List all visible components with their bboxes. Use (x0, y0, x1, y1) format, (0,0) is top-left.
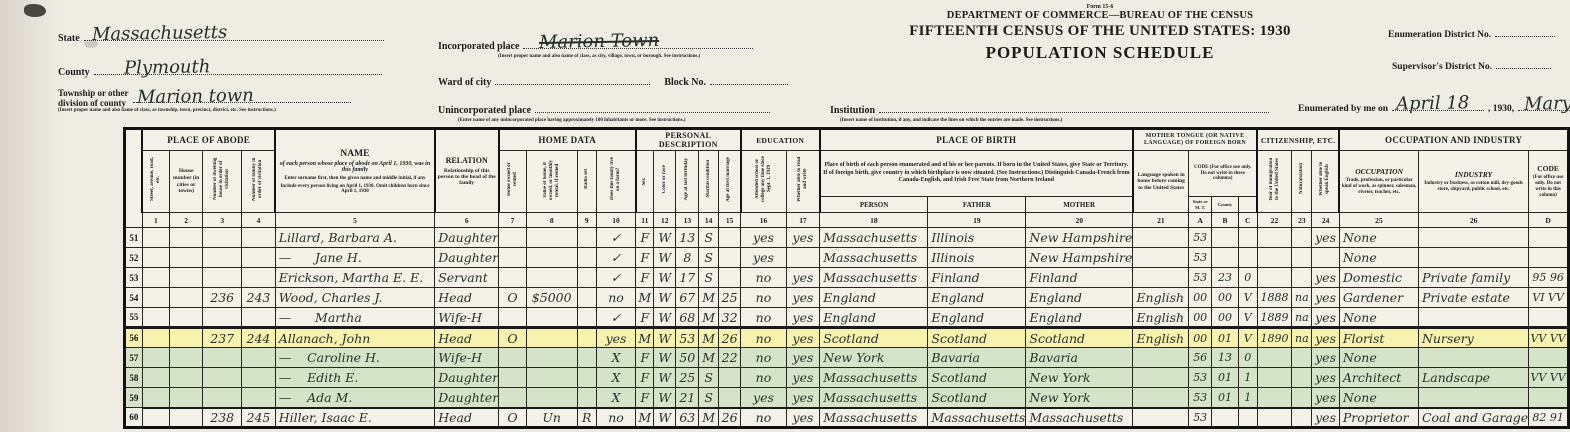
cell-street (142, 328, 170, 348)
table-row: 56237244Allanach, JohnHeadOyesMW53M26noy… (125, 328, 1569, 348)
cell-marital: S (699, 388, 719, 408)
cell-owned: O (499, 408, 527, 428)
cell-code_c (1238, 408, 1257, 428)
cell-father: Illinois (928, 228, 1026, 248)
cell-naturalization (1292, 228, 1312, 248)
cell-code_b: 01 (1212, 368, 1239, 388)
cell-name: — Ada M. (275, 388, 435, 408)
cell-radio (577, 348, 596, 368)
schedule-title: POPULATION SCHEDULE (905, 43, 1295, 63)
table-row: 53Erickson, Martha E. E.Servant✓FW17Snoy… (125, 268, 1569, 288)
cell-dwelling_number (203, 368, 242, 388)
cell-code_a: 53 (1189, 248, 1212, 268)
cell-age_married (718, 368, 740, 388)
cell-code_b: 23 (1212, 268, 1239, 288)
cell-code_c: V (1238, 308, 1257, 328)
cell-radio (577, 388, 596, 408)
cell-language (1133, 248, 1189, 268)
cell-naturalization: na (1292, 328, 1312, 348)
cell-mother: Scotland (1026, 328, 1133, 348)
cell-birthplace: Massachusetts (820, 408, 928, 428)
cell-family_number: 244 (242, 328, 276, 348)
county-value: Plymouth (124, 56, 211, 79)
cell-year_immigration (1257, 348, 1292, 368)
cell-year_immigration (1257, 268, 1292, 288)
name-sub3: Include every person living on April 1, … (277, 184, 433, 194)
cell-language (1133, 408, 1189, 428)
cell-language (1133, 368, 1189, 388)
township-label-2: division of county (58, 98, 129, 108)
table-row: 52— Jane H.Daughter✓FW8SyesMassachusetts… (125, 248, 1569, 268)
cell-mother: England (1026, 288, 1133, 308)
cell-value (526, 248, 577, 268)
cell-code_b (1212, 408, 1239, 428)
cell-birthplace: New York (820, 348, 928, 368)
cell-radio (577, 248, 596, 268)
cell-school: no (741, 268, 787, 288)
state-label: State (58, 33, 80, 44)
cell-father: England (928, 308, 1026, 328)
cell-age: 17 (676, 268, 699, 288)
col-header-language: Language spoken in home before coming to… (1133, 151, 1189, 213)
cell-read_write: yes (786, 228, 820, 248)
cell-school: yes (741, 248, 787, 268)
cell-farm: ✓ (596, 228, 636, 248)
cell-relation: Daughter (435, 388, 499, 408)
cell-marital: S (699, 228, 719, 248)
cell-birthplace: Massachusetts (820, 248, 928, 268)
col-header-immigration-year: Year of immigration to the United States (1269, 156, 1281, 202)
cell-marital: M (699, 328, 719, 348)
table-row: 60238245Hiller, Isaac E.HeadOUnRnoMW63M2… (125, 408, 1569, 428)
cell-read_write: yes (786, 408, 820, 428)
cell-marital: M (699, 408, 719, 428)
col-header-dwelling-number: Number of dwelling house in order of vis… (213, 156, 231, 202)
cell-house_number (170, 388, 203, 408)
group-personal-description: PERSONAL DESCRIPTION (636, 129, 741, 151)
cell-radio (577, 368, 596, 388)
cell-naturalization (1292, 388, 1312, 408)
cell-mother: Finland (1026, 268, 1133, 288)
unincorporated-label: Unincorporated place (438, 105, 531, 116)
cell-read_write: yes (786, 368, 820, 388)
cell-name: — Caroline H. (275, 348, 435, 368)
state-value: Massachusetts (91, 22, 227, 45)
cell-marital: M (699, 308, 719, 328)
cell-code_a: 53 (1189, 388, 1212, 408)
cell-mother: New York (1026, 368, 1133, 388)
table-row: 51Lillard, Barbara A.Daughter✓FW13Syesye… (125, 228, 1569, 248)
block-label: Block No. (664, 77, 706, 88)
cell-relation: Daughter (435, 248, 499, 268)
cell-read_write: yes (786, 288, 820, 308)
cell-race: W (654, 368, 676, 388)
cell-father: Illinois (928, 248, 1026, 268)
cell-value (526, 368, 577, 388)
cell-naturalization (1292, 248, 1312, 268)
cell-code_d (1529, 228, 1569, 248)
cell-code_a: 53 (1189, 268, 1212, 288)
col-header-family-number: Number of family in order of visitation (252, 156, 264, 202)
cell-line: 52 (125, 248, 143, 268)
cell-marital: S (699, 368, 719, 388)
cell-value (526, 308, 577, 328)
cell-code_b: 00 (1212, 308, 1239, 328)
cell-language (1133, 388, 1189, 408)
name-sub2: Enter surname first, then the given name… (277, 176, 433, 181)
cell-farm: X (596, 388, 636, 408)
code-columns-note: CODE (For office use only. Do not write … (1189, 151, 1257, 197)
cell-school: yes (741, 228, 787, 248)
cell-relation: Head (435, 288, 499, 308)
cell-sex: F (636, 228, 654, 248)
cell-read_write: yes (786, 348, 820, 368)
cell-farm: X (596, 368, 636, 388)
cell-family_number (242, 268, 276, 288)
cell-occupation: None (1339, 308, 1418, 328)
cell-code_c (1238, 228, 1257, 248)
cell-house_number (170, 368, 203, 388)
cell-code_a: 00 (1189, 288, 1212, 308)
cell-house_number (170, 268, 203, 288)
incorporated-note: (Insert proper name and also name of cla… (498, 54, 828, 60)
cell-age_married: 22 (718, 348, 740, 368)
cell-year_immigration: 1888 (1257, 288, 1292, 308)
cell-language: English (1133, 328, 1189, 348)
cell-code_d (1529, 348, 1569, 368)
cell-english: yes (1312, 328, 1340, 348)
cell-line: 58 (125, 368, 143, 388)
cell-name: Hiller, Isaac E. (275, 408, 435, 428)
cell-family_number: 243 (242, 288, 276, 308)
cell-occupation: None (1339, 228, 1418, 248)
cell-owned (499, 268, 527, 288)
institution-note: (Insert name of institution, if any, and… (840, 118, 1290, 124)
cell-year_immigration (1257, 228, 1292, 248)
group-citizenship: CITIZENSHIP, ETC. (1257, 129, 1339, 151)
cell-owned: O (499, 288, 527, 308)
cell-language (1133, 268, 1189, 288)
cell-family_number (242, 348, 276, 368)
col-header-farm: Does this family live on a farm? (610, 156, 622, 202)
cell-family_number (242, 368, 276, 388)
cell-industry: Landscape (1418, 368, 1528, 388)
cell-language (1133, 348, 1189, 368)
cell-english: yes (1312, 288, 1340, 308)
cell-race: W (654, 268, 676, 288)
unincorporated-note: (Enter name of any unincorporated place … (458, 118, 788, 124)
cell-code_d: 95 96 (1529, 268, 1569, 288)
cell-occupation: Architect (1339, 368, 1418, 388)
cell-english: yes (1312, 348, 1340, 368)
cell-school: yes (741, 388, 787, 408)
cell-owned (499, 388, 527, 408)
cell-code_c: V (1238, 288, 1257, 308)
supervisors-district-label: Supervisor's District No. (1392, 62, 1492, 72)
cell-language: English (1133, 288, 1189, 308)
cell-line: 55 (125, 308, 143, 328)
cell-radio (577, 268, 596, 288)
cell-race: W (654, 348, 676, 368)
institution-label: Institution (830, 105, 875, 116)
cell-english: yes (1312, 228, 1340, 248)
cell-dwelling_number: 237 (203, 328, 242, 348)
cell-code_a: 53 (1189, 368, 1212, 388)
cell-family_number: 245 (242, 408, 276, 428)
cell-mother: Massachusetts (1026, 408, 1133, 428)
cell-farm: no (596, 288, 636, 308)
cell-code_b (1212, 228, 1239, 248)
cell-father: Bavaria (928, 348, 1026, 368)
col-header-home-value: Value of home, if owned, or monthly rent… (543, 158, 561, 202)
cell-english: yes (1312, 408, 1340, 428)
cell-sex: M (636, 408, 654, 428)
cell-occupation: Domestic (1339, 268, 1418, 288)
col-header-code-a: State or M. T. (1189, 197, 1212, 213)
cell-dwelling_number (203, 388, 242, 408)
cell-dwelling_number (203, 248, 242, 268)
cell-occupation: Gardener (1339, 288, 1418, 308)
cell-code_c: 0 (1238, 268, 1257, 288)
group-home-data: HOME DATA (499, 129, 636, 151)
cell-marital: S (699, 268, 719, 288)
cell-owned (499, 308, 527, 328)
col-header-code-c (1238, 197, 1257, 213)
col-header-home-owned: Home owned or rented (507, 156, 519, 202)
col-header-code-b: County (1212, 197, 1239, 213)
cell-value (526, 348, 577, 368)
cell-code_a: 53 (1189, 228, 1212, 248)
cell-family_number (242, 228, 276, 248)
cell-age_married (718, 228, 740, 248)
cell-age: 63 (676, 408, 699, 428)
cell-age: 21 (676, 388, 699, 408)
cell-code_c (1238, 248, 1257, 268)
cell-mother: New Hampshire (1026, 228, 1133, 248)
cell-line: 53 (125, 268, 143, 288)
cell-family_number (242, 248, 276, 268)
cell-read_write: yes (786, 308, 820, 328)
cell-marital: M (699, 348, 719, 368)
enumeration-district-label: Enumeration District No. (1388, 30, 1491, 40)
cell-industry (1418, 308, 1528, 328)
cell-mother: New York (1026, 388, 1133, 408)
cell-name: — Martha (275, 308, 435, 328)
cell-year_immigration: 1890 (1257, 328, 1292, 348)
cell-father: Scotland (928, 368, 1026, 388)
column-relation-header: RELATION Relationship of this person to … (435, 129, 499, 213)
cell-value (526, 388, 577, 408)
cell-house_number (170, 228, 203, 248)
enumerator-name: Mary A. H (1524, 92, 1570, 115)
col-header-radio-set: Radio set (584, 169, 590, 189)
cell-house_number (170, 408, 203, 428)
cell-sex: F (636, 268, 654, 288)
line-number-column-header (125, 129, 143, 228)
group-place-of-abode: PLACE OF ABODE (142, 129, 275, 151)
cell-mother: England (1026, 308, 1133, 328)
cell-read_write: yes (786, 328, 820, 348)
cell-occupation: Proprietor (1339, 408, 1418, 428)
cell-radio (577, 228, 596, 248)
col-header-naturalization: Naturalization (1299, 163, 1305, 194)
col-header-marital: Marital condition (706, 160, 712, 198)
cell-code_c: 1 (1238, 368, 1257, 388)
cell-industry: Coal and Garage (1418, 408, 1528, 428)
table-row: 54236243Wood, Charles J.HeadO$5000noMW67… (125, 288, 1569, 308)
cell-value: Un (526, 408, 577, 428)
cell-english: yes (1312, 368, 1340, 388)
relation-sub: Relationship of this person to the head … (437, 168, 497, 186)
cell-owned (499, 228, 527, 248)
cell-name: Lillard, Barbara A. (275, 228, 435, 248)
cell-farm: ✓ (596, 308, 636, 328)
cell-sex: M (636, 328, 654, 348)
cell-owned (499, 368, 527, 388)
cell-age: 68 (676, 308, 699, 328)
cell-industry (1418, 248, 1528, 268)
cell-father: Scotland (928, 388, 1026, 408)
form-title-block: Form 15-6 DEPARTMENT OF COMMERCE—BUREAU … (905, 4, 1295, 63)
cell-house_number (170, 248, 203, 268)
col-header-person: PERSON (820, 197, 928, 213)
cell-birthplace: Massachusetts (820, 388, 928, 408)
col-header-occupation: OCCUPATION Trade, profession, or particu… (1339, 151, 1418, 213)
cell-race: W (654, 248, 676, 268)
cell-code_a: 56 (1189, 348, 1212, 368)
cell-code_b: 01 (1212, 328, 1239, 348)
cell-dwelling_number: 236 (203, 288, 242, 308)
cell-code_a: 53 (1189, 408, 1212, 428)
cell-naturalization (1292, 368, 1312, 388)
cell-street (142, 388, 170, 408)
cell-father: Massachusetts (928, 408, 1026, 428)
cell-relation: Head (435, 408, 499, 428)
column-name-header: NAME of each person whose place of abode… (275, 129, 435, 213)
cell-occupation: None (1339, 388, 1418, 408)
cell-house_number (170, 328, 203, 348)
col-header-read-write: Whether able to read and write (797, 156, 809, 202)
cell-school: no (741, 308, 787, 328)
county-label: County (58, 67, 90, 78)
cell-school: no (741, 348, 787, 368)
cell-relation: Wife-H (435, 348, 499, 368)
cell-relation: Daughter (435, 228, 499, 248)
township-note: (Insert proper name and also name of cla… (58, 108, 418, 114)
census-table-body: 51Lillard, Barbara A.Daughter✓FW13Syesye… (125, 228, 1569, 428)
cell-father: Finland (928, 268, 1026, 288)
cell-age_married: 32 (718, 308, 740, 328)
enumerated-year: , 1930, (1488, 104, 1514, 114)
cell-industry: Nursery (1418, 328, 1528, 348)
col-header-sex: Sex (642, 178, 648, 186)
cell-english (1312, 248, 1340, 268)
cell-birthplace: Massachusetts (820, 228, 928, 248)
cell-industry (1418, 228, 1528, 248)
cell-street (142, 348, 170, 368)
cell-name: Wood, Charles J. (275, 288, 435, 308)
cell-line: 59 (125, 388, 143, 408)
group-education: EDUCATION (741, 129, 820, 151)
col-header-age-married: Age at first marriage (726, 157, 732, 202)
cell-school: no (741, 288, 787, 308)
cell-year_immigration (1257, 368, 1292, 388)
cell-owned (499, 348, 527, 368)
cell-house_number (170, 288, 203, 308)
cell-dwelling_number (203, 348, 242, 368)
cell-industry (1418, 348, 1528, 368)
cell-sex: F (636, 348, 654, 368)
cell-english: yes (1312, 308, 1340, 328)
cell-birthplace: Scotland (820, 328, 928, 348)
cell-farm: no (596, 408, 636, 428)
group-place-of-birth: PLACE OF BIRTH (820, 129, 1133, 151)
cell-line: 57 (125, 348, 143, 368)
cell-code_c: V (1238, 328, 1257, 348)
cell-occupation: Florist (1339, 328, 1418, 348)
township-label-1: Township or other (58, 88, 129, 98)
column-number-row: 123456789101112131415161718192021ABC2223… (125, 213, 1569, 228)
cell-naturalization (1292, 268, 1312, 288)
cell-code_d: VI VV (1529, 288, 1569, 308)
census-table-header: PLACE OF ABODE NAME of each person whose… (125, 129, 1569, 228)
cell-naturalization: na (1292, 288, 1312, 308)
cell-code_d (1529, 308, 1569, 328)
cell-code_a: 00 (1189, 328, 1212, 348)
table-row: 59— Ada M.DaughterXFW21SyesyesMassachuse… (125, 388, 1569, 408)
cell-code_b (1212, 248, 1239, 268)
cell-industry: Private family (1418, 268, 1528, 288)
cell-father: Scotland (928, 328, 1026, 348)
cell-race: W (654, 308, 676, 328)
cell-value (526, 268, 577, 288)
cell-farm: ✓ (596, 248, 636, 268)
cell-code_d (1529, 248, 1569, 268)
cell-year_immigration (1257, 408, 1292, 428)
cell-house_number (170, 348, 203, 368)
cell-line: 56 (125, 328, 143, 348)
form-header: State Massachusetts County Plymouth Town… (0, 0, 1570, 127)
cell-age: 8 (676, 248, 699, 268)
cell-age_married: 25 (718, 288, 740, 308)
cell-family_number (242, 308, 276, 328)
cell-farm: yes (596, 328, 636, 348)
place-of-birth-note: Place of birth of each person enumerated… (820, 151, 1133, 197)
name-sub1: of each person whose place of abode on A… (277, 161, 433, 173)
group-occupation-industry: OCCUPATION AND INDUSTRY (1339, 129, 1568, 151)
cell-street (142, 268, 170, 288)
group-mother-tongue: MOTHER TONGUE (OR NATIVE LANGUAGE) OF FO… (1133, 129, 1257, 151)
name-title: NAME (277, 149, 433, 159)
cell-street (142, 308, 170, 328)
cell-race: W (654, 228, 676, 248)
cell-name: Allanach, John (275, 328, 435, 348)
cell-name: — Jane H. (275, 248, 435, 268)
cell-line: 54 (125, 288, 143, 308)
enumerated-date: April 18 (1396, 92, 1470, 114)
cell-line: 60 (125, 408, 143, 428)
cell-code_d: VV VV (1529, 328, 1569, 348)
cell-industry: Private estate (1418, 288, 1528, 308)
col-header-mother: MOTHER (1026, 197, 1133, 213)
cell-dwelling_number (203, 228, 242, 248)
cell-age_married (718, 268, 740, 288)
cell-mother: New Hampshire (1026, 248, 1133, 268)
township-value: Marion town (136, 85, 253, 108)
table-row: 57— Caroline H.Wife-HXFW50M22noyesNew Yo… (125, 348, 1569, 368)
cell-street (142, 228, 170, 248)
col-header-school: Attended school or college any time sinc… (755, 156, 773, 202)
